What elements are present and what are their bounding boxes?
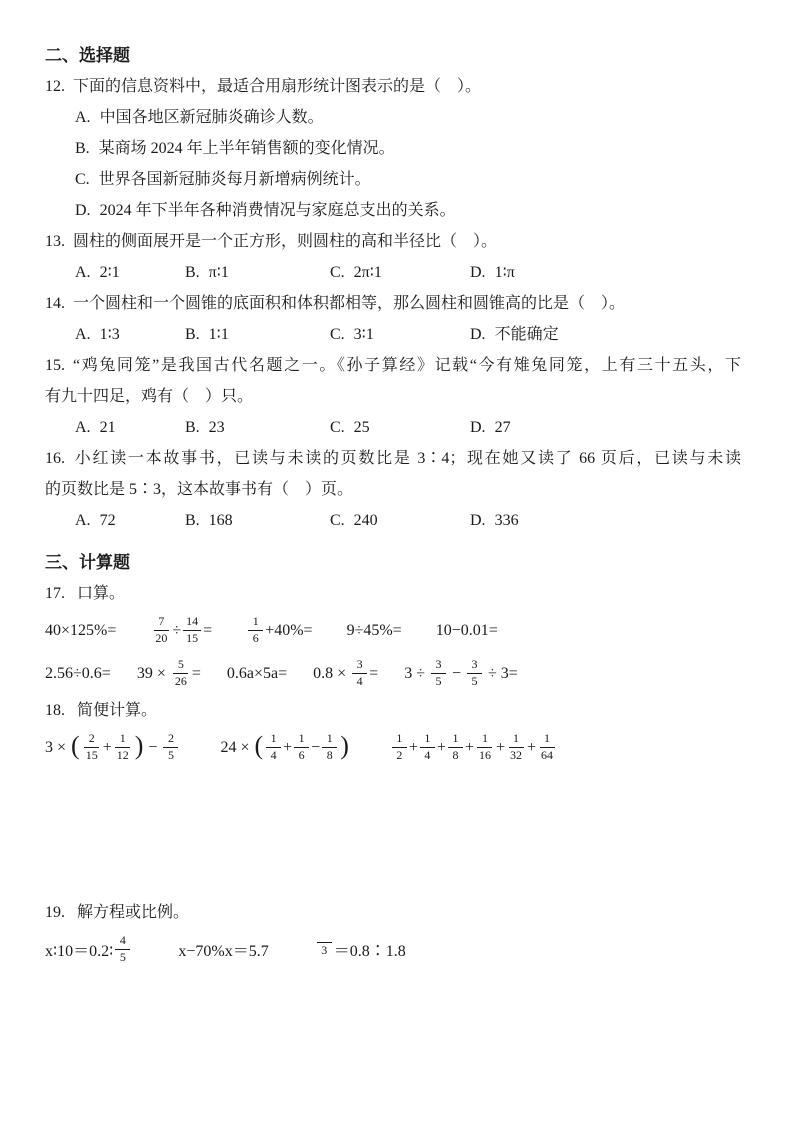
fraction-numerator: 1 <box>420 732 435 748</box>
option-label: C. <box>330 264 345 281</box>
fraction-numerator: 1 <box>115 732 130 748</box>
fraction-denominator: 20 <box>152 631 170 646</box>
question-12-number: 12. <box>45 78 65 95</box>
fraction-denominator: 4 <box>421 748 433 763</box>
question-16-option-d: D.336 <box>470 505 741 536</box>
math-expression: 2.56÷0.6= <box>45 665 111 683</box>
fraction: 25 <box>163 732 178 763</box>
math-text: ÷ 3= <box>484 665 518 683</box>
fraction-denominator: 4 <box>354 674 366 689</box>
option-text: 1∶3 <box>100 326 120 343</box>
q17-oral-calc-row-1: 40×125%=720÷1415=16+40%=9÷45%=10−0.01= <box>45 609 741 652</box>
question-13-stem: 13.圆柱的侧面展开是一个正方形，则圆柱的高和半径比（ ）。 <box>45 226 741 257</box>
question-13-option-c: C.2π∶1 <box>330 257 470 288</box>
option-text: 某商场 2024 年上半年销售额的变化情况。 <box>99 140 395 157</box>
paren: ) <box>340 733 349 759</box>
question-17-number: 17. <box>45 585 65 602</box>
math-expression: 9÷45%= <box>347 622 402 640</box>
option-text: 2∶1 <box>100 264 120 281</box>
question-15-text-2: 有九十四足，鸡有（ ）只。 <box>45 388 253 405</box>
fraction-numerator: 1 <box>294 732 309 748</box>
question-14-option-d: D.不能确定 <box>470 319 741 350</box>
fraction: 16 <box>294 732 309 763</box>
question-16-option-a: A.72 <box>75 505 185 536</box>
option-text: 不能确定 <box>495 326 559 343</box>
fraction: 720 <box>152 615 170 646</box>
question-12-option-a: A.中国各地区新冠肺炎确诊人数。 <box>45 102 741 133</box>
option-label: D. <box>470 419 486 436</box>
math-text: + <box>496 739 505 757</box>
q17-oral-calc-row-2: 2.56÷0.6=39 × 526=0.6a×5a=0.8 × 34=3 ÷ 3… <box>45 652 741 695</box>
question-18-text: 简便计算。 <box>77 702 157 719</box>
math-text: 0.6a×5a= <box>227 665 287 683</box>
question-15-text-1: “鸡兔同笼”是我国古代名题之一。《孙子算经》记载“今有雉兔同笼，上有三十五头，下 <box>73 357 741 374</box>
section-calc-heading: 三、计算题 <box>45 547 741 578</box>
question-15-stem-line-1: 15.“鸡兔同笼”是我国古代名题之一。《孙子算经》记载“今有雉兔同笼，上有三十五… <box>45 350 741 381</box>
question-14-option-b: B.1∶1 <box>185 319 330 350</box>
fraction: 18 <box>448 732 463 763</box>
math-expression: x∶10＝0.2∶45 <box>45 934 132 965</box>
math-text: 24 × <box>220 739 253 757</box>
option-text: 3∶1 <box>354 326 374 343</box>
question-13-option-b: B.π∶1 <box>185 257 330 288</box>
question-16-options: A.72 B.168 C.240 D.336 <box>45 505 741 536</box>
question-13-option-d: D.1∶π <box>470 257 741 288</box>
option-text: 1∶1 <box>209 326 229 343</box>
fraction: 132 <box>507 732 525 763</box>
fraction-numerator: 1 <box>448 732 463 748</box>
exam-page: 二、选择题 12.下面的信息资料中，最适合用扇形统计图表示的是（ ）。 A.中国… <box>0 0 793 1122</box>
fraction: 35 <box>467 658 482 689</box>
math-expression: 3＝0.8∶1.8 <box>315 938 406 961</box>
option-text: 1∶π <box>495 264 515 281</box>
question-12-stem: 12.下面的信息资料中，最适合用扇形统计图表示的是（ ）。 <box>45 71 741 102</box>
fraction: 14 <box>420 732 435 763</box>
math-text: − <box>311 739 320 757</box>
fraction-denominator: 5 <box>165 748 177 763</box>
fraction-numerator: 1 <box>477 732 492 748</box>
fraction-numerator: 1 <box>266 732 281 748</box>
fraction-denominator: 8 <box>324 748 336 763</box>
option-label: C. <box>330 512 345 529</box>
fraction: 1415 <box>183 615 201 646</box>
question-15-option-b: B.23 <box>185 412 330 443</box>
question-18-number: 18. <box>45 702 65 719</box>
question-19-text: 解方程或比例。 <box>77 904 189 921</box>
fraction-numerator: 3 <box>467 658 482 674</box>
math-text: + <box>437 739 446 757</box>
option-text: 240 <box>354 512 378 529</box>
question-16-stem-line-2: 的页数比是 5∶3，这本故事书有（ ）页。 <box>45 474 741 505</box>
fraction-numerator: 1 <box>248 615 263 631</box>
option-text: 世界各国新冠肺炎每月新增病例统计。 <box>99 171 371 188</box>
option-text: 72 <box>100 512 116 529</box>
math-text: = <box>203 622 212 640</box>
option-label: A. <box>75 512 91 529</box>
fraction: 215 <box>83 732 101 763</box>
option-label: A. <box>75 109 91 126</box>
fraction-denominator: 15 <box>83 748 101 763</box>
fraction-numerator: 3 <box>431 658 446 674</box>
math-text: + <box>527 739 536 757</box>
math-expression: x−70%x＝5.7 <box>178 938 268 961</box>
fraction: 116 <box>476 732 494 763</box>
q19-equations-row: x∶10＝0.2∶45x−70%x＝5.73＝0.8∶1.8 <box>45 928 741 971</box>
answer-workspace <box>45 769 741 897</box>
fraction: 112 <box>114 732 132 763</box>
math-text: = <box>192 665 201 683</box>
paren: ( <box>254 733 263 759</box>
fraction-denominator: 12 <box>114 748 132 763</box>
option-label: C. <box>330 326 345 343</box>
question-15-option-c: C.25 <box>330 412 470 443</box>
math-expression: 24 × (14+16−18) <box>220 732 349 763</box>
math-text: + <box>283 739 292 757</box>
option-label: B. <box>185 326 200 343</box>
question-16-text-2: 的页数比是 5∶3，这本故事书有（ ）页。 <box>45 481 353 498</box>
fraction-denominator: 3 <box>318 943 330 958</box>
math-text: 3 × <box>45 739 70 757</box>
question-19-number: 19. <box>45 904 65 921</box>
fraction: 34 <box>352 658 367 689</box>
fraction: 12 <box>392 732 407 763</box>
fraction-numerator: 2 <box>163 732 178 748</box>
question-13-text: 圆柱的侧面展开是一个正方形，则圆柱的高和半径比（ ）。 <box>73 233 497 250</box>
question-13-number: 13. <box>45 233 65 250</box>
math-text: 9÷45%= <box>347 622 402 640</box>
section-choice-heading: 二、选择题 <box>45 40 741 71</box>
option-label: A. <box>75 326 91 343</box>
question-12-text: 下面的信息资料中，最适合用扇形统计图表示的是（ ）。 <box>73 78 481 95</box>
math-text: +40%= <box>265 622 312 640</box>
fraction-numerator: 3 <box>352 658 367 674</box>
fraction-numerator: 14 <box>183 615 201 631</box>
question-16-number: 16. <box>45 450 65 467</box>
question-13-options: A.2∶1 B.π∶1 C.2π∶1 D.1∶π <box>45 257 741 288</box>
option-label: B. <box>185 264 200 281</box>
question-16-option-c: C.240 <box>330 505 470 536</box>
question-12-option-d: D.2024 年下半年各种消费情况与家庭总支出的关系。 <box>45 195 741 226</box>
math-expression: 40×125%= <box>45 622 116 640</box>
option-text: 168 <box>209 512 233 529</box>
question-16-option-b: B.168 <box>185 505 330 536</box>
question-17-text: 口算。 <box>77 585 125 602</box>
question-12-option-c: C.世界各国新冠肺炎每月新增病例统计。 <box>45 164 741 195</box>
math-text: x∶10＝0.2∶ <box>45 938 113 961</box>
math-expression: 3 × (215+112) − 25 <box>45 732 180 763</box>
fraction-denominator: 6 <box>296 748 308 763</box>
fraction-denominator: 5 <box>117 950 129 965</box>
fraction-numerator: 5 <box>173 658 188 674</box>
fraction: 45 <box>115 934 130 965</box>
fraction-denominator: 6 <box>250 631 262 646</box>
option-label: A. <box>75 264 91 281</box>
math-expression: 720÷1415= <box>150 615 212 646</box>
option-text: 336 <box>495 512 519 529</box>
math-text: 40×125%= <box>45 622 116 640</box>
math-text: 10−0.01= <box>436 622 498 640</box>
fraction-denominator: 26 <box>172 674 190 689</box>
option-text: 25 <box>354 419 370 436</box>
question-15-stem-line-2: 有九十四足，鸡有（ ）只。 <box>45 381 741 412</box>
math-text: ÷ <box>172 622 181 640</box>
fraction-numerator: 1 <box>392 732 407 748</box>
option-text: 27 <box>495 419 511 436</box>
question-15-number: 15. <box>45 357 65 374</box>
question-13-option-a: A.2∶1 <box>75 257 185 288</box>
option-label: B. <box>75 140 90 157</box>
option-label: C. <box>330 419 345 436</box>
math-text: ＝0.8∶1.8 <box>334 938 406 961</box>
question-19-title: 19.解方程或比例。 <box>45 897 741 928</box>
fraction-denominator: 32 <box>507 748 525 763</box>
question-14-option-a: A.1∶3 <box>75 319 185 350</box>
paren: ( <box>71 733 80 759</box>
question-14-option-c: C.3∶1 <box>330 319 470 350</box>
option-label: D. <box>470 264 486 281</box>
fraction-denominator: 5 <box>469 674 481 689</box>
math-expression: 39 × 526= <box>137 658 201 689</box>
fraction: 16 <box>248 615 263 646</box>
math-text: + <box>465 739 474 757</box>
math-expression: 12+14+18+116+132+164 <box>390 732 558 763</box>
fraction-denominator: 64 <box>538 748 556 763</box>
math-expression: 10−0.01= <box>436 622 498 640</box>
math-expression: 0.6a×5a= <box>227 665 287 683</box>
fraction-denominator: 2 <box>393 748 405 763</box>
question-15-option-d: D.27 <box>470 412 741 443</box>
fraction: 35 <box>431 658 446 689</box>
fraction: 14 <box>266 732 281 763</box>
fraction-numerator: 1 <box>540 732 555 748</box>
option-label: C. <box>75 171 90 188</box>
fraction: 3 <box>317 941 332 958</box>
option-label: A. <box>75 419 91 436</box>
math-text: − <box>448 665 465 683</box>
math-text: 39 × <box>137 665 170 683</box>
math-text: 3 ÷ <box>404 665 429 683</box>
option-label: D. <box>470 326 486 343</box>
fraction-numerator: 1 <box>509 732 524 748</box>
fraction-denominator: 4 <box>268 748 280 763</box>
math-text: 2.56÷0.6= <box>45 665 111 683</box>
math-text: + <box>409 739 418 757</box>
fraction-numerator: 4 <box>115 934 130 950</box>
question-12-option-b: B.某商场 2024 年上半年销售额的变化情况。 <box>45 133 741 164</box>
option-label: B. <box>185 419 200 436</box>
question-18-title: 18.简便计算。 <box>45 695 741 726</box>
math-text: + <box>103 739 112 757</box>
math-expression: 0.8 × 34= <box>313 658 378 689</box>
fraction-numerator: 7 <box>154 615 169 631</box>
math-text: − <box>144 739 161 757</box>
option-text: π∶1 <box>209 264 229 281</box>
fraction-denominator: 15 <box>183 631 201 646</box>
paren: ) <box>135 733 144 759</box>
math-text: x−70%x＝5.7 <box>178 938 268 961</box>
option-label: D. <box>75 202 91 219</box>
fraction: 526 <box>172 658 190 689</box>
option-text: 23 <box>209 419 225 436</box>
fraction-numerator: 1 <box>322 732 337 748</box>
fraction: 164 <box>538 732 556 763</box>
math-expression: 16+40%= <box>246 615 312 646</box>
math-text: 0.8 × <box>313 665 350 683</box>
option-text: 21 <box>100 419 116 436</box>
option-text: 中国各地区新冠肺炎确诊人数。 <box>100 109 324 126</box>
fraction-denominator: 5 <box>432 674 444 689</box>
fraction-denominator: 16 <box>476 748 494 763</box>
fraction-numerator: 2 <box>84 732 99 748</box>
option-label: D. <box>470 512 486 529</box>
math-text: = <box>369 665 378 683</box>
math-expression: 3 ÷ 35 − 35 ÷ 3= <box>404 658 518 689</box>
question-15-options: A.21 B.23 C.25 D.27 <box>45 412 741 443</box>
question-14-number: 14. <box>45 295 65 312</box>
fraction-denominator: 8 <box>449 748 461 763</box>
question-15-option-a: A.21 <box>75 412 185 443</box>
question-14-stem: 14.一个圆柱和一个圆锥的底面积和体积都相等，那么圆柱和圆锥高的比是（ ）。 <box>45 288 741 319</box>
option-text: 2024 年下半年各种消费情况与家庭总支出的关系。 <box>100 202 456 219</box>
q18-simplify-row: 3 × (215+112) − 2524 × (14+16−18)12+14+1… <box>45 726 741 769</box>
question-14-text: 一个圆柱和一个圆锥的底面积和体积都相等，那么圆柱和圆锥高的比是（ ）。 <box>73 295 625 312</box>
option-label: B. <box>185 512 200 529</box>
fraction: 18 <box>322 732 337 763</box>
option-text: 2π∶1 <box>354 264 382 281</box>
question-17-title: 17.口算。 <box>45 578 741 609</box>
question-14-options: A.1∶3 B.1∶1 C.3∶1 D.不能确定 <box>45 319 741 350</box>
question-16-stem-line-1: 16.小红读一本故事书，已读与未读的页数比是 3∶4；现在她又读了 66 页后，… <box>45 443 741 474</box>
question-16-text-1: 小红读一本故事书，已读与未读的页数比是 3∶4；现在她又读了 66 页后，已读与… <box>73 450 741 467</box>
